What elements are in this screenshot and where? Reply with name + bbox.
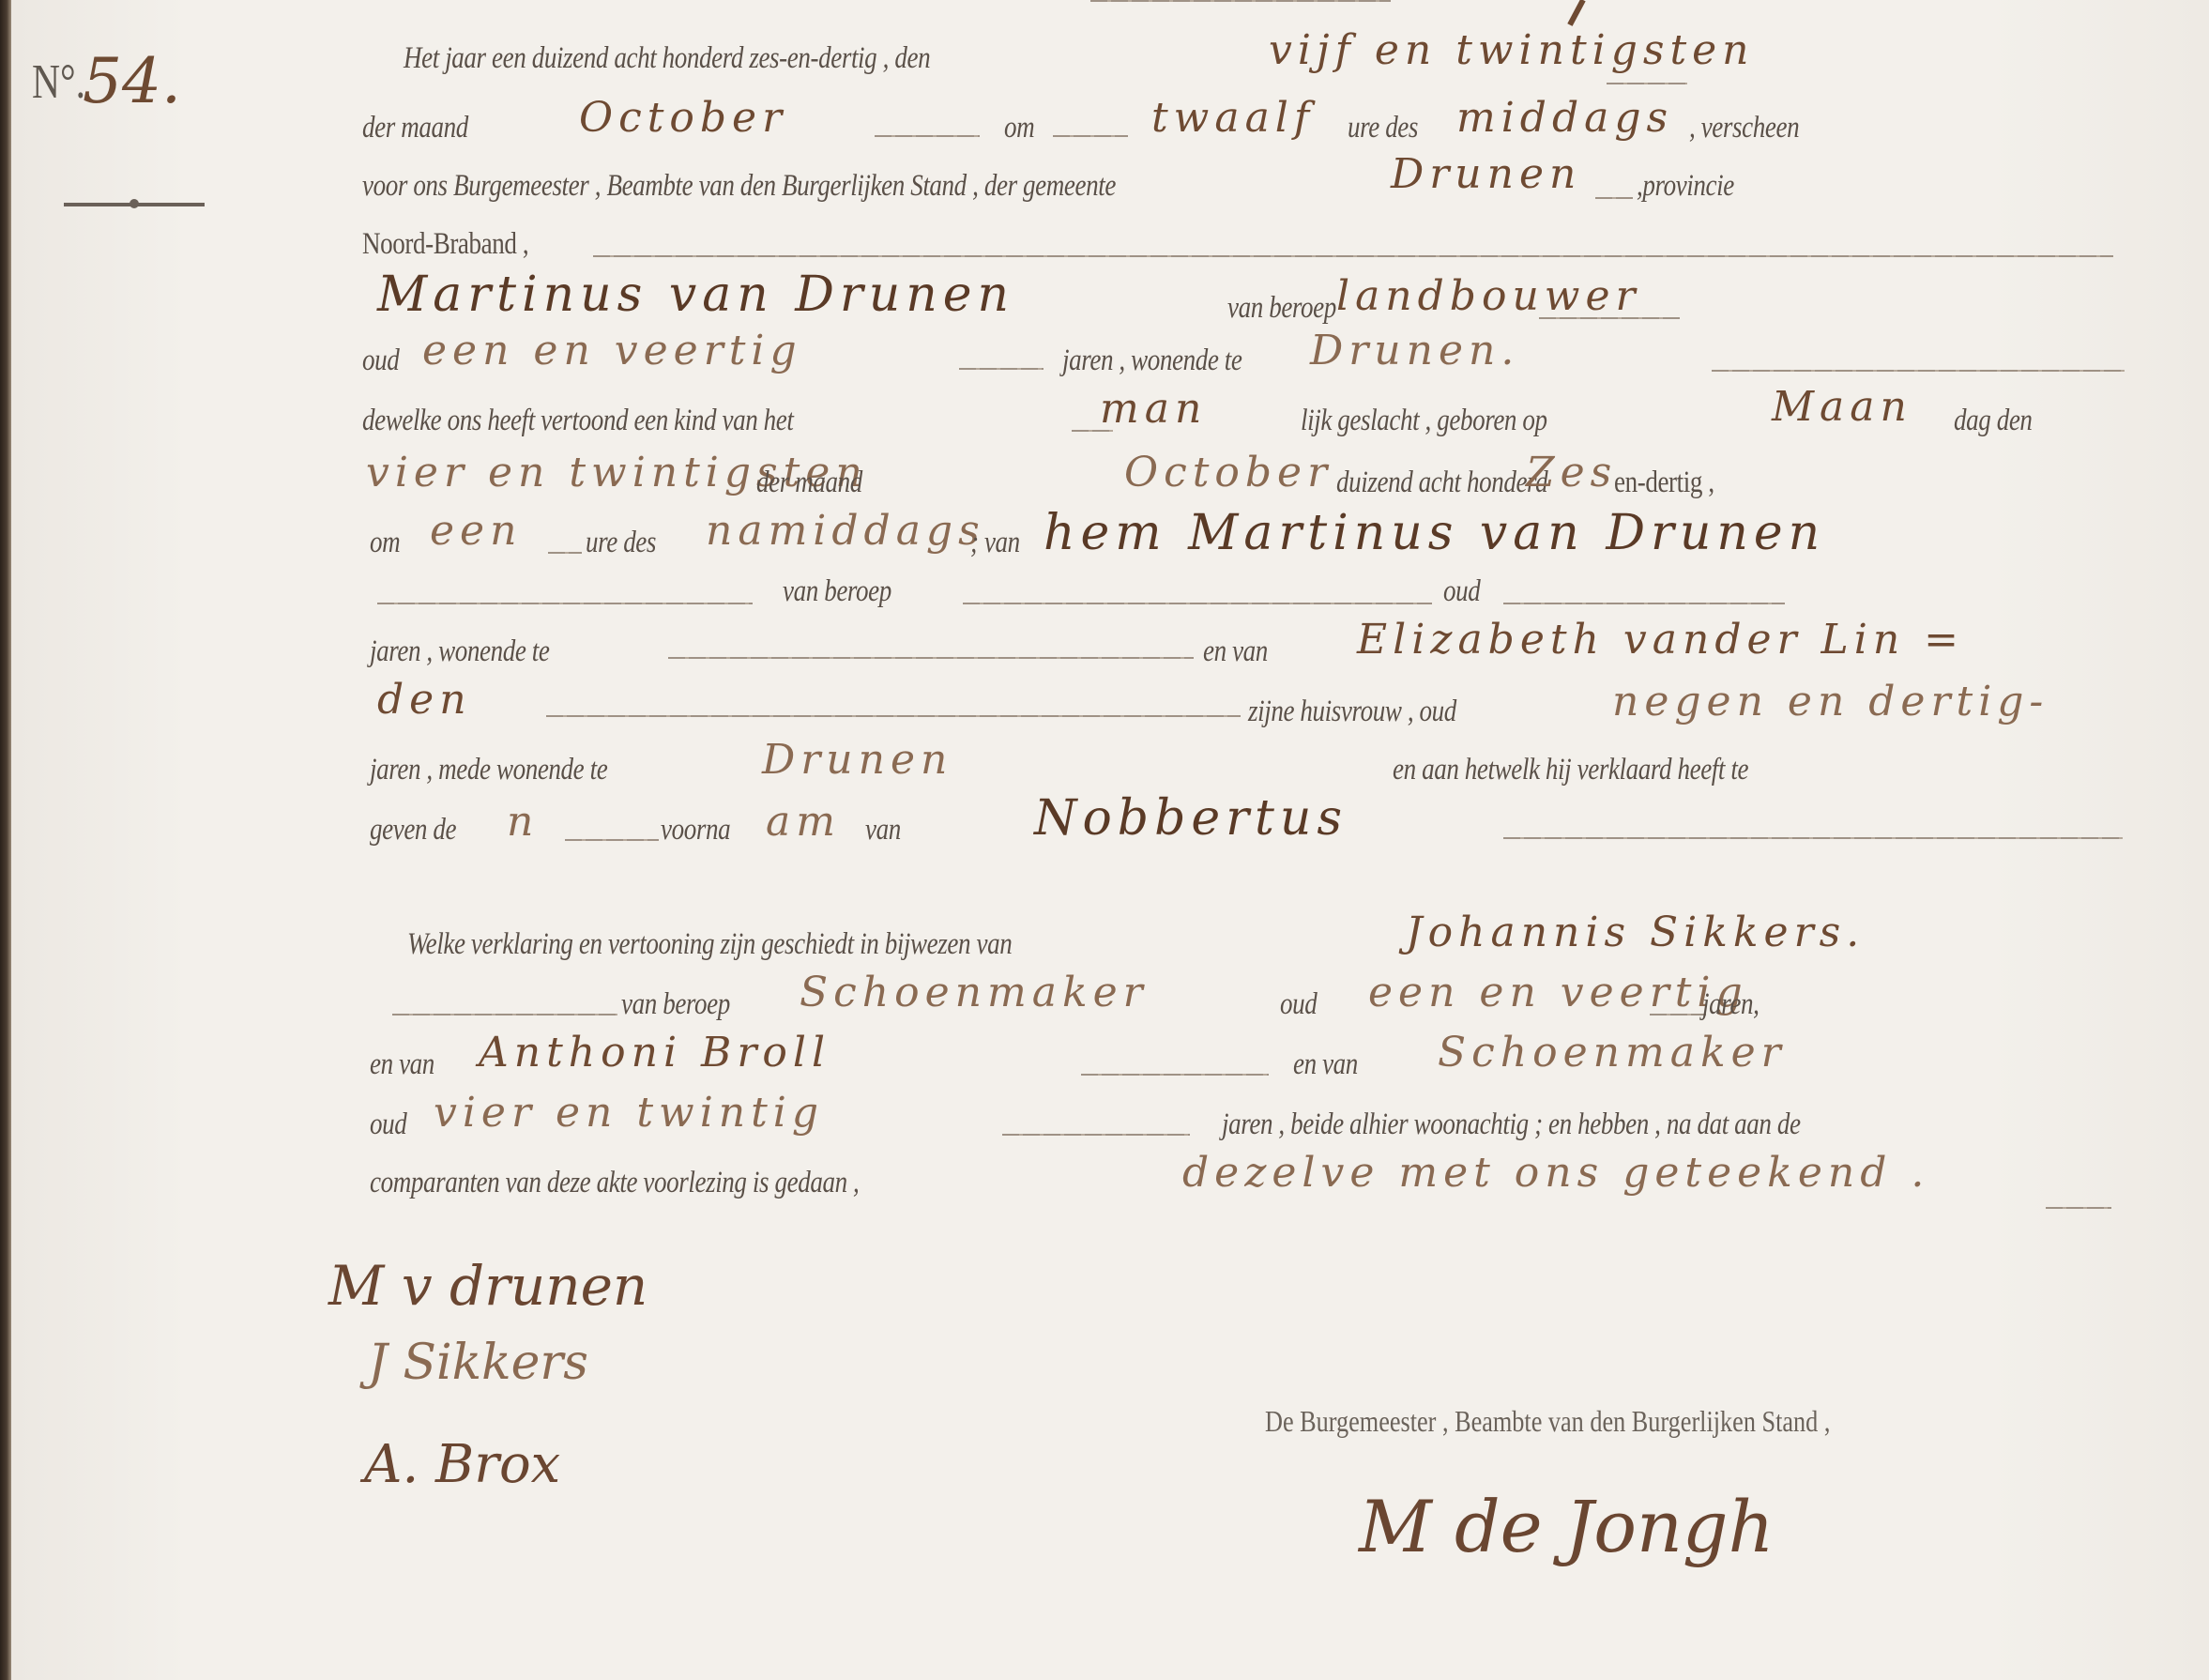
printed-text: en van [370, 1047, 434, 1082]
fill-line [546, 715, 1241, 717]
handwritten-sex: man [1100, 385, 1207, 433]
ornament-rule [64, 203, 205, 206]
register-page: N°. 54. Het jaar een duizend acht honder… [11, 0, 2209, 1680]
handwritten-residence: Drunen. [1310, 327, 1519, 374]
fill-line [1053, 135, 1128, 137]
handwritten-municipality: Drunen [1391, 150, 1581, 198]
fill-line [377, 603, 753, 604]
printed-text: Welke verklaring en vertooning zijn gesc… [407, 927, 1012, 962]
printed-text: der maand [362, 111, 468, 145]
handwritten-mother-name: Elizabeth vander Lin = [1357, 616, 1964, 664]
fill-line [1503, 603, 1785, 604]
printed-text: jaren, [1702, 987, 1759, 1022]
record-number-value: 54. [83, 45, 181, 117]
printed-text: en van [1203, 634, 1268, 669]
signature-witness1: J Sikkers [368, 1335, 588, 1391]
printed-text: jaren , beide alhier woonachtig ; en heb… [1222, 1107, 1801, 1142]
handwritten-weekday: Maan [1772, 383, 1912, 431]
handwritten-witness2-age: vier en twintig [434, 1089, 824, 1137]
handwritten-birth-month: October [1124, 449, 1333, 496]
handwritten-daypart: middags [1456, 94, 1673, 142]
handwritten-child-name: Nobbertus [1034, 790, 1348, 847]
handwritten-witness2-name: Anthoni Broll [479, 1029, 830, 1077]
printed-text: ,provincie [1637, 169, 1734, 204]
handwritten-month: October [579, 94, 787, 142]
signature-declarant: M v drunen [328, 1254, 647, 1318]
handwritten-witness2-occupation: Schoenmaker [1438, 1029, 1787, 1077]
fill-line [548, 552, 582, 554]
printed-text: Het jaar een duizend acht honderd zes-en… [404, 41, 930, 76]
handwritten-birth-daypart: namiddags [706, 507, 985, 555]
handwritten-day: vijf en twintigsten [1269, 26, 1755, 74]
handwritten-suffix: am [766, 798, 841, 846]
signature-witness2: A. Brox [364, 1434, 560, 1495]
printed-text: ure des [1348, 111, 1418, 145]
printed-text: van [865, 813, 901, 848]
handwritten-father-name: hem Martinus van Drunen [1044, 505, 1825, 561]
record-number-label: N°. [32, 54, 85, 110]
handwritten-mother-residence: Drunen [762, 736, 952, 784]
fill-line [959, 368, 1044, 370]
fill-line [1607, 83, 1687, 84]
handwritten-birth-year: Zes [1526, 449, 1617, 496]
fill-line [875, 135, 980, 137]
printed-text: der maand [756, 466, 862, 500]
fill-line [593, 255, 2113, 257]
fill-line [1539, 317, 1680, 319]
handwritten-suffix: n [507, 798, 539, 846]
printed-text: oud [1280, 987, 1317, 1022]
printed-text: oud [1443, 574, 1480, 609]
fill-line [1090, 0, 1391, 2]
printed-text: , verscheen [1689, 111, 1799, 145]
signature-official: M de Jongh [1359, 1485, 1775, 1568]
fill-line [1002, 1134, 1190, 1136]
fill-line [1595, 197, 1633, 199]
printed-text: ; van [970, 526, 1020, 560]
handwritten-closing: dezelve met ons geteekend . [1182, 1149, 1929, 1197]
printed-text: duizend acht honderd [1336, 466, 1547, 500]
printed-text: en van [1293, 1047, 1358, 1082]
ink-stroke-mark [1567, 0, 1585, 26]
printed-text: om [370, 526, 400, 560]
official-title: De Burgemeester , Beambte van den Burger… [1265, 1404, 1830, 1439]
handwritten-mother-age: negen en dertig- [1612, 678, 2049, 725]
printed-text: voor ons Burgemeester , Beambte van den … [362, 169, 1116, 204]
printed-text: voorna [661, 813, 730, 848]
printed-text: oud [370, 1107, 406, 1142]
handwritten-declarant-age: een en veertig [422, 327, 802, 374]
printed-text: van beroep [1227, 291, 1336, 326]
printed-text: jaren , wonende te [1062, 344, 1242, 378]
printed-text: geven de [370, 813, 456, 848]
printed-text: Noord-Braband , [362, 227, 528, 262]
book-binding-edge [0, 0, 11, 1680]
handwritten-hour: twaalf [1151, 94, 1315, 142]
printed-text: van beroep [783, 574, 891, 609]
fill-line [392, 1014, 617, 1016]
fill-line [1081, 1074, 1269, 1076]
printed-text: dewelke ons heeft vertoond een kind van … [362, 404, 794, 438]
fill-line [1712, 370, 2125, 372]
printed-text: jaren , wonende te [370, 634, 550, 669]
handwritten-declarant-name: Martinus van Drunen [377, 267, 1014, 323]
handwritten-mother-name-cont: den [377, 676, 472, 724]
printed-text: jaren , mede wonende te [370, 753, 607, 787]
fill-line [1503, 837, 2123, 839]
printed-text: dag den [1954, 404, 2033, 438]
handwritten-occupation: landbouwer [1336, 272, 1641, 320]
fill-line [565, 839, 659, 841]
printed-text: comparanten van deze akte voorlezing is … [370, 1166, 859, 1200]
handwritten-witness1-occupation: Schoenmaker [800, 969, 1149, 1016]
fill-line [1650, 1014, 1706, 1016]
printed-text: en-dertig , [1614, 466, 1714, 500]
printed-text: lijk geslacht , geboren op [1301, 404, 1547, 438]
fill-line [2046, 1207, 2111, 1209]
printed-text: om [1004, 111, 1034, 145]
printed-text: van beroep [621, 987, 730, 1022]
printed-text: zijne huisvrouw , oud [1248, 695, 1456, 729]
handwritten-witness1-name: Johannis Sikkers. [1406, 909, 1865, 956]
fill-line [963, 603, 1432, 604]
printed-text: oud [362, 344, 399, 378]
handwritten-birth-hour: een [430, 507, 522, 555]
printed-text: ure des [586, 526, 656, 560]
printed-text: en aan hetwelk hij verklaard heeft te [1393, 753, 1748, 787]
handwritten-witness1-age: een en veertig [1368, 969, 1748, 1016]
fill-line [668, 657, 1194, 659]
